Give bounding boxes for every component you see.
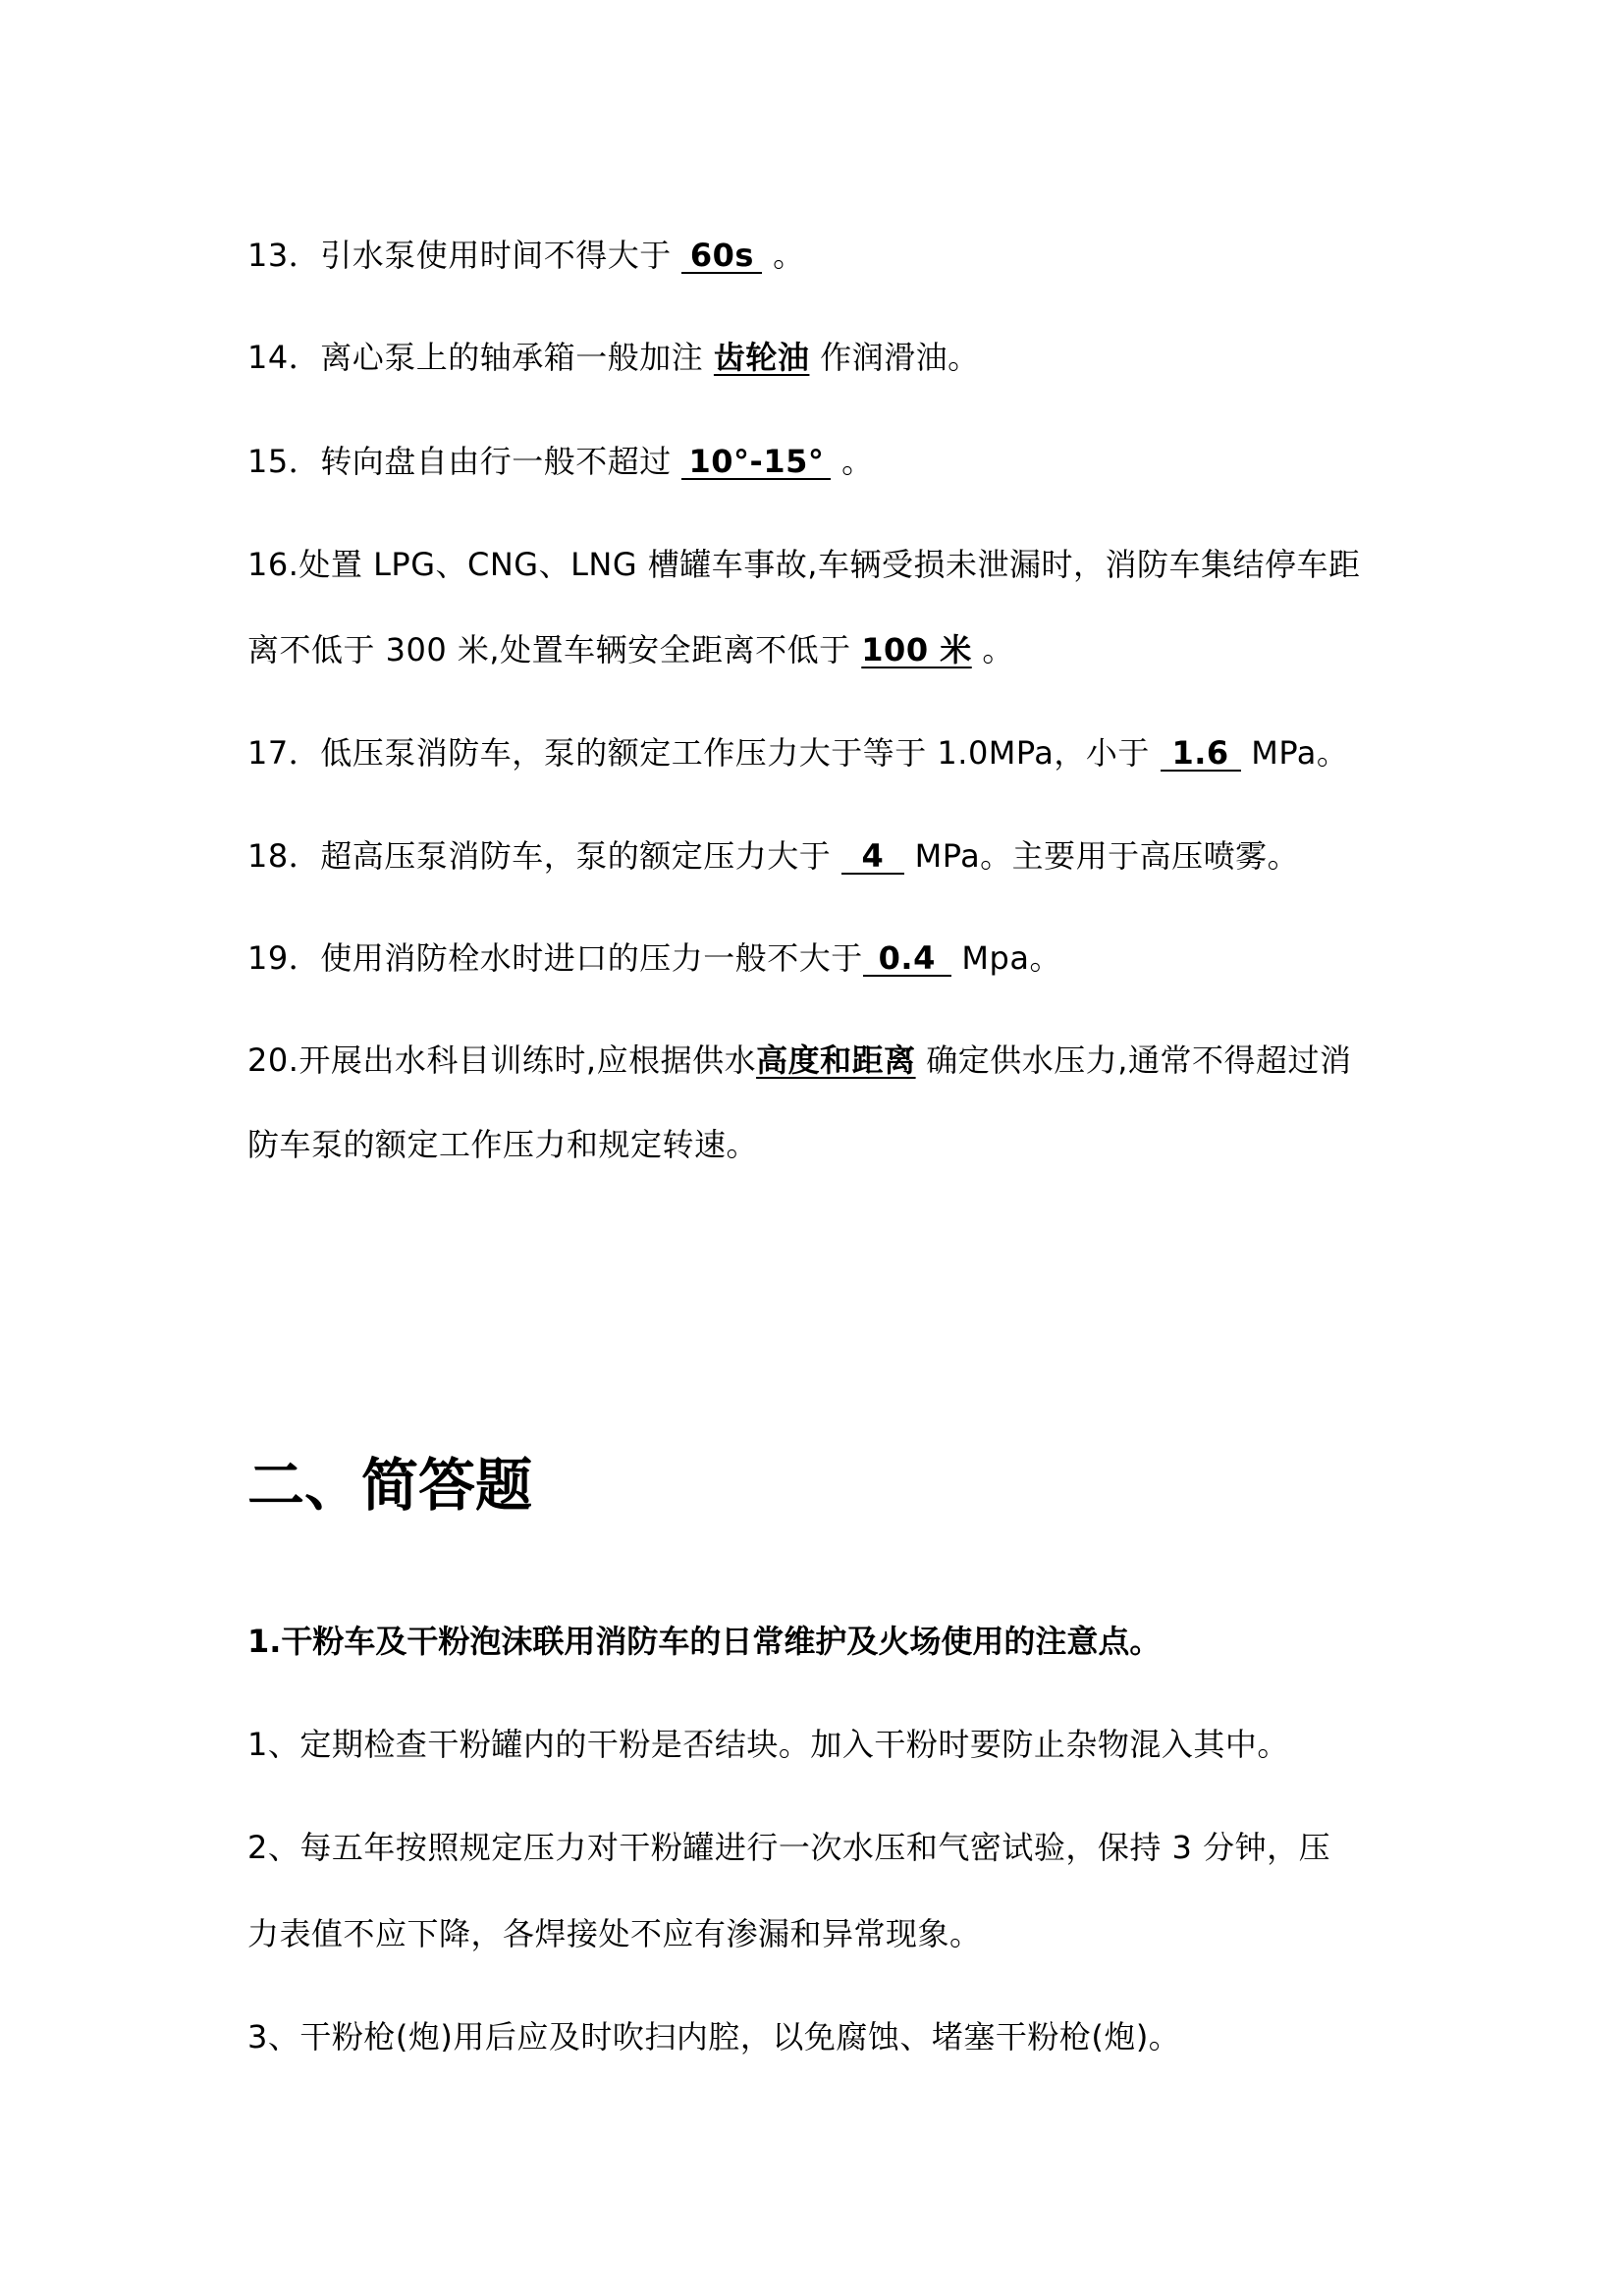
item-number: 13． bbox=[247, 237, 320, 274]
item-text-end: 。 bbox=[762, 237, 804, 274]
item-16-line1: 16.处置 LPG、CNG、LNG 槽罐车事故,车辆受损未泄漏时，消防车集结停车… bbox=[247, 545, 1360, 584]
item-text: 转向盘自由行一般不超过 bbox=[320, 443, 681, 480]
item-text-end: MPa。 bbox=[1241, 734, 1349, 772]
item-20-line1: 20.开展出水科目训练时,应根据供水高度和距离 确定供水压力,通常不得超过消 bbox=[247, 1041, 1351, 1080]
item-number: 19． bbox=[247, 939, 320, 977]
item-number: 18． bbox=[247, 837, 320, 875]
answer-blank: 4 bbox=[841, 839, 904, 875]
item-17: 17．低压泵消防车，泵的额定工作压力大于等于 1.0MPa，小于 1.6 MPa… bbox=[247, 733, 1348, 773]
answer-line-1: 1、定期检查干粉罐内的干粉是否结块。加入干粉时要防止杂物混入其中。 bbox=[247, 1725, 1289, 1764]
item-13: 13．引水泵使用时间不得大于 60s 。 bbox=[247, 236, 805, 275]
item-text-end: 确定供水压力,通常不得超过消 bbox=[916, 1041, 1352, 1079]
answer-blank: 10°-15° bbox=[681, 445, 831, 480]
question-heading: 1.干粉车及干粉泡沫联用消防车的日常维护及火场使用的注意点。 bbox=[247, 1622, 1161, 1661]
item-text: 开展出水科目训练时,应根据供水 bbox=[298, 1041, 756, 1079]
item-text: 离心泵上的轴承箱一般加注 bbox=[320, 339, 714, 376]
answer-blank: 100 米 bbox=[861, 631, 971, 668]
answer-line-3: 力表值不应下降，各焊接处不应有渗漏和异常现象。 bbox=[247, 1914, 982, 1953]
item-text: 引水泵使用时间不得大于 bbox=[320, 237, 681, 274]
item-number: 16. bbox=[247, 546, 298, 583]
answer-blank: 齿轮油 bbox=[714, 339, 810, 376]
item-text-end: Mpa。 bbox=[951, 939, 1061, 977]
item-15: 15．转向盘自由行一般不超过 10°-15° 。 bbox=[247, 442, 874, 481]
item-number: 14． bbox=[247, 339, 320, 376]
item-18: 18．超高压泵消防车，泵的额定压力大于 4 MPa。主要用于高压喷雾。 bbox=[247, 836, 1299, 876]
item-text-end: 。 bbox=[972, 631, 1014, 668]
answer-line-2: 2、每五年按照规定压力对干粉罐进行一次水压和气密试验，保持 3 分钟，压 bbox=[247, 1828, 1330, 1867]
item-14: 14．离心泵上的轴承箱一般加注 齿轮油 作润滑油。 bbox=[247, 338, 980, 377]
answer-line-4: 3、干粉枪(炮)用后应及时吹扫内腔，以免腐蚀、堵塞干粉枪(炮)。 bbox=[247, 2017, 1180, 2056]
item-19: 19．使用消防栓水时进口的压力一般不大于0.4 Mpa。 bbox=[247, 938, 1061, 978]
item-text: 低压泵消防车，泵的额定工作压力大于等于 1.0MPa，小于 bbox=[320, 734, 1160, 772]
item-text-end: 。 bbox=[831, 443, 873, 480]
item-16-line2: 离不低于 300 米,处置车辆安全距离不低于 100 米 。 bbox=[247, 630, 1014, 669]
item-text: 防车泵的额定工作压力和规定转速。 bbox=[247, 1126, 758, 1163]
answer-blank: 1.6 bbox=[1161, 736, 1241, 772]
item-text: 处置 LPG、CNG、LNG 槽罐车事故,车辆受损未泄漏时，消防车集结停车距 bbox=[298, 546, 1360, 583]
item-text: 超高压泵消防车，泵的额定压力大于 bbox=[320, 837, 841, 875]
item-text: 离不低于 300 米,处置车辆安全距离不低于 bbox=[247, 631, 861, 668]
item-text-end: 作润滑油。 bbox=[809, 339, 979, 376]
answer-blank: 高度和距离 bbox=[756, 1041, 916, 1079]
item-text: 使用消防栓水时进口的压力一般不大于 bbox=[320, 939, 863, 977]
item-text-end: MPa。主要用于高压喷雾。 bbox=[904, 837, 1299, 875]
answer-blank: 60s bbox=[681, 239, 762, 274]
item-number: 20. bbox=[247, 1041, 298, 1079]
section-title: 二、简答题 bbox=[247, 1451, 532, 1520]
answer-blank: 0.4 bbox=[863, 941, 951, 977]
item-20-line2: 防车泵的额定工作压力和规定转速。 bbox=[247, 1125, 758, 1164]
item-number: 15． bbox=[247, 443, 320, 480]
item-number: 17． bbox=[247, 734, 320, 772]
